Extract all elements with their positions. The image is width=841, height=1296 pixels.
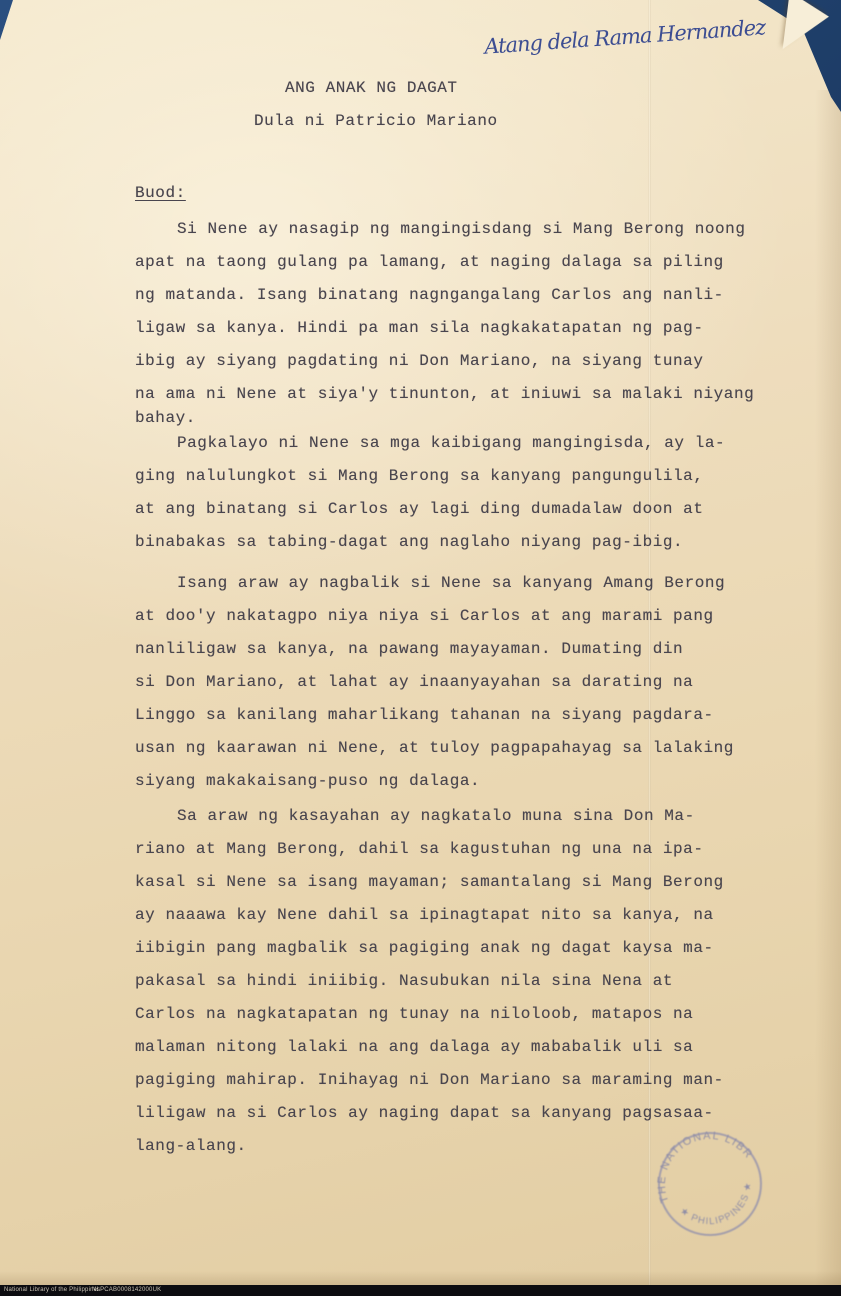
text-line: iibigin pang magbalik sa pagiging anak n… [135,932,783,965]
document-body: Si Nene ay nasagip ng mangingisdang si M… [135,213,783,1163]
text-line: riano at Mang Berong, dahil sa kagustuha… [135,833,783,866]
text-line: ng matanda. Isang binatang nagngangalang… [135,279,783,312]
text-line: Si Nene ay nasagip ng mangingisdang si M… [135,213,783,246]
text-line: pagiging mahirap. Inihayag ni Don Marian… [135,1064,783,1097]
text-line: Linggo sa kanilang maharlikang tahanan n… [135,699,783,732]
paragraph: Pagkalayo ni Nene sa mga kaibigang mangi… [135,427,783,559]
text-line: liligaw na si Carlos ay naging dapat sa … [135,1097,783,1130]
text-line: pakasal sa hindi iniibig. Nasubukan nila… [135,965,783,998]
text-line: bahay. [135,411,783,427]
text-line: siyang makakaisang-puso ng dalaga. [135,765,783,798]
section-heading: Buod: [135,184,186,202]
document-title: ANG ANAK NG DAGAT [285,79,458,97]
paragraph: Si Nene ay nasagip ng mangingisdang si M… [135,213,783,427]
text-line: kasal si Nene sa isang mayaman; samantal… [135,866,783,899]
paragraph: Isang araw ay nagbalik si Nene sa kanyan… [135,567,783,798]
manuscript-paper: Atang dela Rama Hernandez ANG ANAK NG DA… [0,0,841,1296]
text-line: binabakas sa tabing-dagat ang naglaho ni… [135,526,783,559]
archival-footer-bar: National Library of the Philippines NLPC… [0,1285,841,1296]
paragraph: Sa araw ng kasayahan ay nagkatalo muna s… [135,800,783,1163]
text-line: malaman nitong lalaki na ang dalaga ay m… [135,1031,783,1064]
text-line: na ama ni Nene at siya'y tinunton, at in… [135,378,783,411]
text-line: ligaw sa kanya. Hindi pa man sila nagkak… [135,312,783,345]
text-line: ibig ay siyang pagdating ni Don Mariano,… [135,345,783,378]
text-line: Sa araw ng kasayahan ay nagkatalo muna s… [135,800,783,833]
text-line: Pagkalayo ni Nene sa mga kaibigang mangi… [135,427,783,460]
handwritten-signature: Atang dela Rama Hernandez [484,13,795,59]
footer-library-label: National Library of the Philippines [4,1287,100,1294]
text-line: apat na taong gulang pa lamang, at nagin… [135,246,783,279]
text-line: at doo'y nakatagpo niya niya si Carlos a… [135,600,783,633]
text-line: Carlos na nagkatapatan ng tunay na nilol… [135,998,783,1031]
text-line: ay naaawa kay Nene dahil sa ipinagtapat … [135,899,783,932]
folded-corner [783,0,832,54]
footer-reference-code: NLPCAB0008142000UK [92,1287,161,1294]
scanned-page-backdrop: Atang dela Rama Hernandez ANG ANAK NG DA… [0,0,841,1296]
text-line: ging nalulungkot si Mang Berong sa kanya… [135,460,783,493]
paper-edge-shadow-bottom [0,1271,841,1285]
text-line: Isang araw ay nagbalik si Nene sa kanyan… [135,567,783,600]
text-line: usan ng kaarawan ni Nene, at tuloy pagpa… [135,732,783,765]
text-line: si Don Mariano, at lahat ay inaanyayahan… [135,666,783,699]
text-line: at ang binatang si Carlos ay lagi ding d… [135,493,783,526]
document-subtitle: Dula ni Patricio Mariano [254,112,498,130]
paper-edge-shadow-right [815,90,841,1296]
text-line: nanliligaw sa kanya, na pawang mayayaman… [135,633,783,666]
